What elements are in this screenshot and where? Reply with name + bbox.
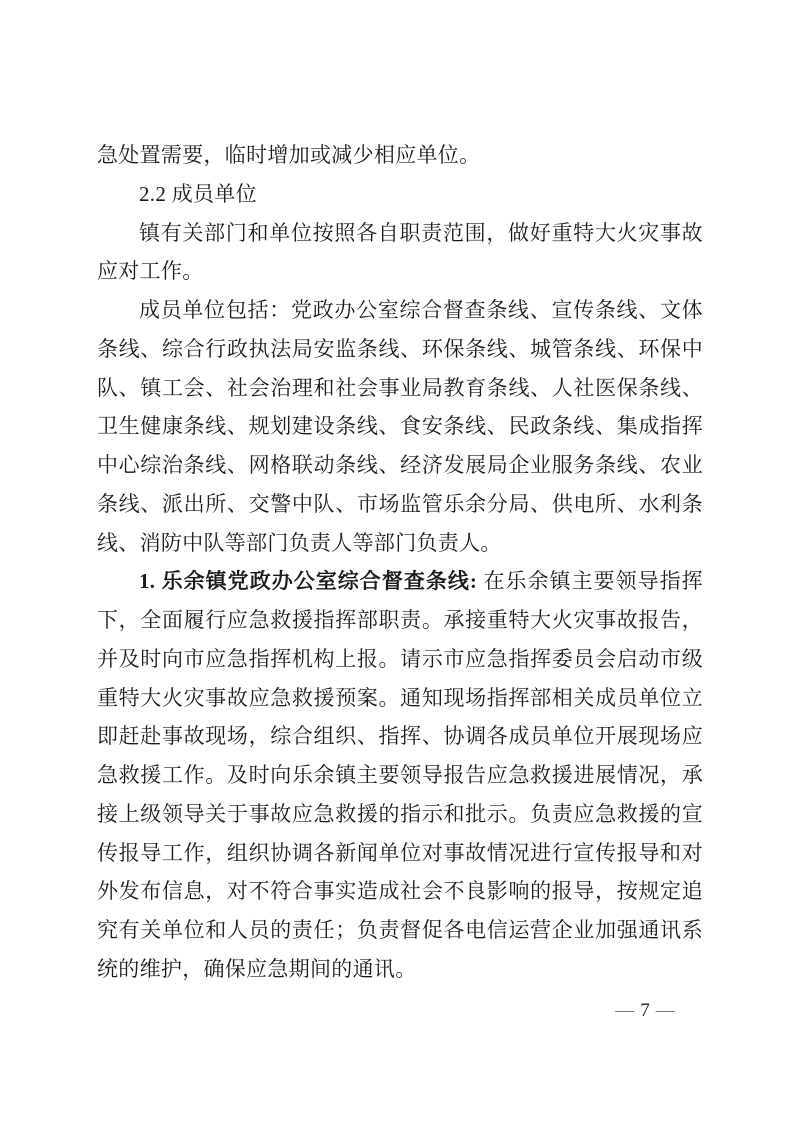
text-line: 中心综治条线、网格联动条线、经济发展局企业服务条线、农业 <box>97 446 703 485</box>
text-line: 重特大火灾事故应急救援预案。通知现场指挥部相关成员单位立 <box>97 679 703 718</box>
text-line: 究有关单位和人员的责任；负责督促各电信运营企业加强通讯系 <box>97 911 703 950</box>
page-number: —7— <box>597 1000 693 1022</box>
text-line: 卫生健康条线、规划建设条线、食安条线、民政条线、集成指挥 <box>97 407 703 446</box>
text-line: 并及时向市应急指挥机构上报。请示市应急指挥委员会启动市级 <box>97 640 703 679</box>
page-number-value: 7 <box>640 1000 650 1021</box>
document-body: 急处置需要，临时增加或减少相应单位。 2.2 成员单位 镇有关部门和单位按照各自… <box>97 136 703 989</box>
text-run: 在乐余镇主要领导指挥 <box>477 569 703 593</box>
text-line: 条线、综合行政执法局安监条线、环保条线、城管条线、环保中 <box>97 330 703 369</box>
text-line: 外发布信息，对不符合事实造成社会不良影响的报导，按规定追 <box>97 872 703 911</box>
text-line: 成员单位包括：党政办公室综合督查条线、宣传条线、文体 <box>97 291 703 330</box>
text-line: 镇有关部门和单位按照各自职责范围，做好重特大火灾事故 <box>97 214 703 253</box>
text-line: 条线、派出所、交警中队、市场监管乐余分局、供电所、水利条 <box>97 485 703 524</box>
text-line: 接上级领导关于事故应急救援的指示和批示。负责应急救援的宣 <box>97 795 703 834</box>
text-line: 下，全面履行应急救援指挥部职责。承接重特大火灾事故报告， <box>97 601 703 640</box>
text-line: 1. 乐余镇党政办公室综合督查条线: 在乐余镇主要领导指挥 <box>97 562 703 601</box>
text-line: 即赶赴事故现场，综合组织、指挥、协调各成员单位开展现场应 <box>97 717 703 756</box>
text-line: 队、镇工会、社会治理和社会事业局教育条线、人社医保条线、 <box>97 369 703 408</box>
text-line: 统的维护，确保应急期间的通讯。 <box>97 950 703 989</box>
text-line: 传报导工作，组织协调各新闻单位对事故情况进行宣传报导和对 <box>97 834 703 873</box>
text-line: 应对工作。 <box>97 252 703 291</box>
page-number-dash-left: — <box>615 1000 634 1021</box>
text-line: 急救援工作。及时向乐余镇主要领导报告应急救援进展情况，承 <box>97 756 703 795</box>
text-line: 线、消防中队等部门负责人等部门负责人。 <box>97 524 703 563</box>
bold-run-in-heading: 1. 乐余镇党政办公室综合督查条线: <box>139 569 477 593</box>
text-line: 急处置需要，临时增加或减少相应单位。 <box>97 136 703 175</box>
document-page: 急处置需要，临时增加或减少相应单位。 2.2 成员单位 镇有关部门和单位按照各自… <box>0 0 793 1122</box>
page-number-dash-right: — <box>656 1000 675 1021</box>
section-heading: 2.2 成员单位 <box>97 175 703 214</box>
